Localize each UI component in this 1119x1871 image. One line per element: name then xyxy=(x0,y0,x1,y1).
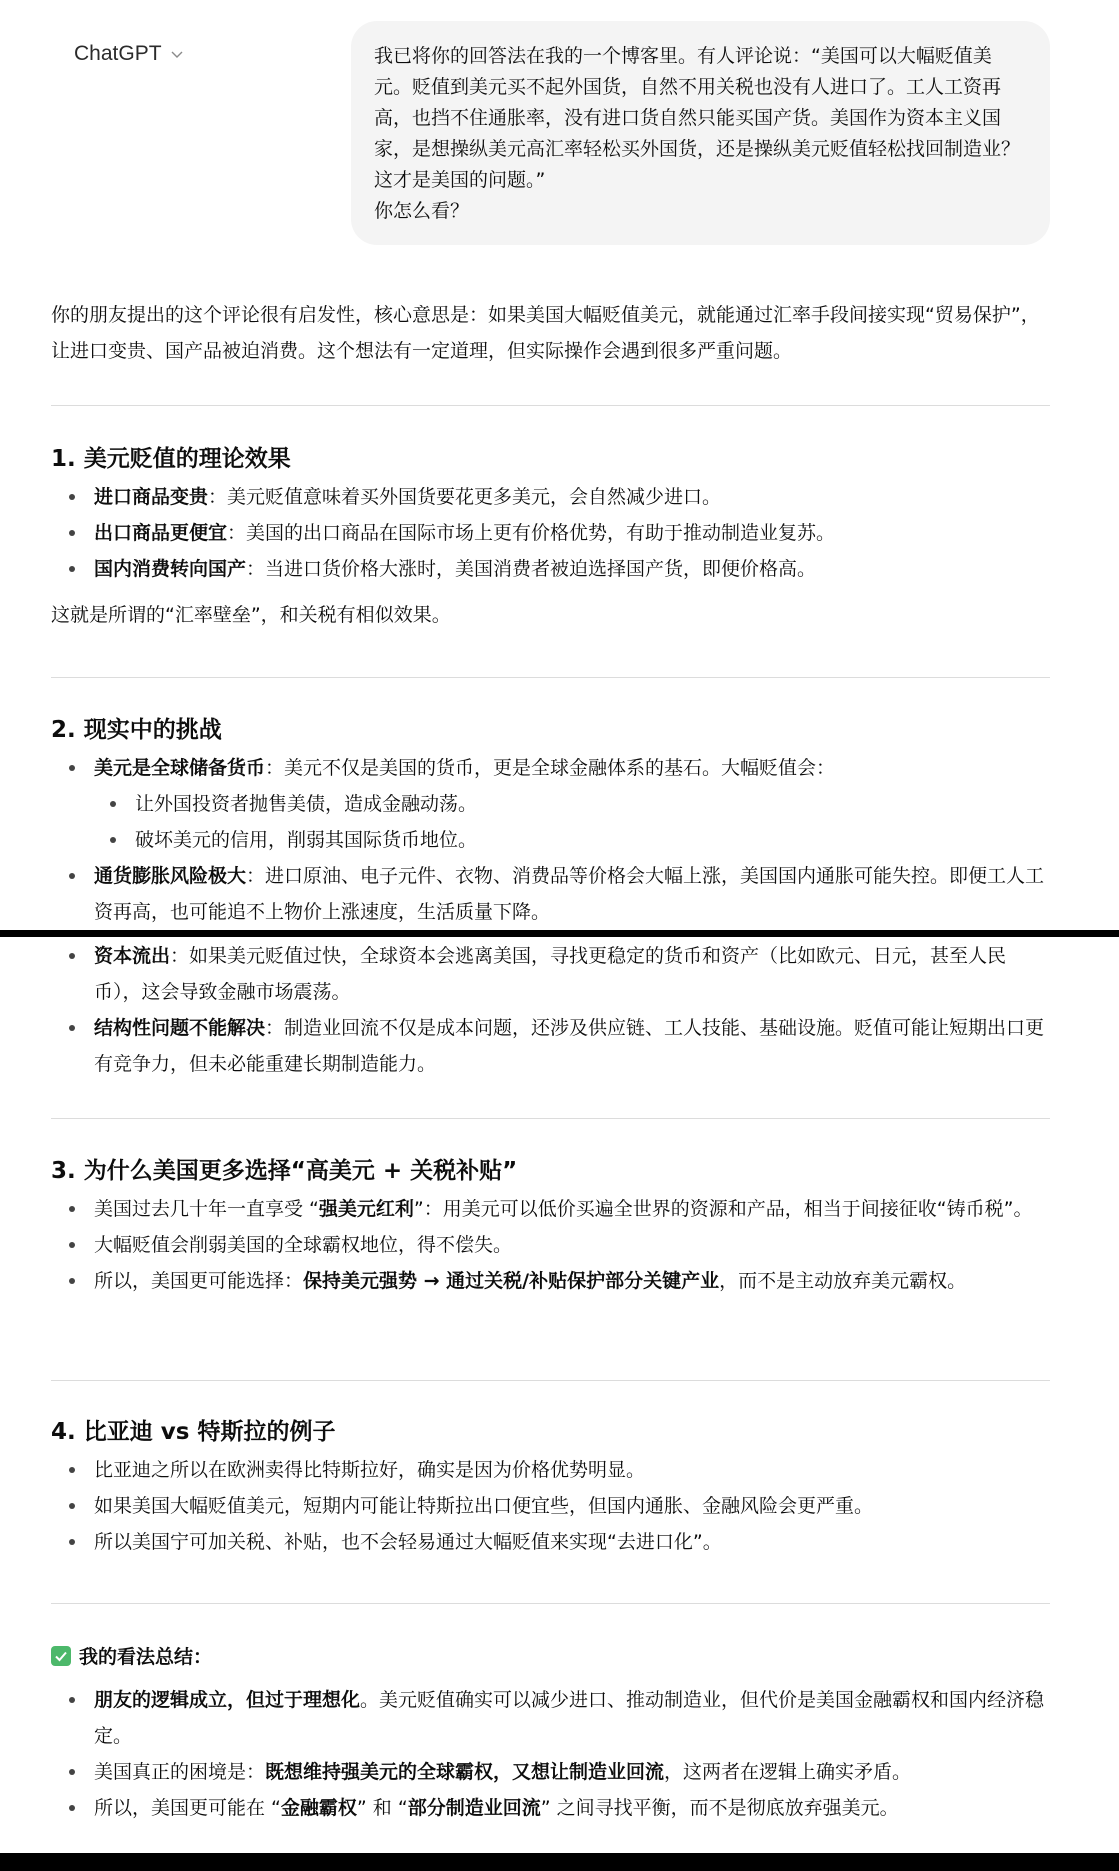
section-note: 这就是所谓的“汇率壁垒”，和关税有相似效果。 xyxy=(51,597,1051,633)
bullet-list: 进口商品变贵：美元贬值意味着买外国货要花更多美元，会自然减少进口。 出口商品更便… xyxy=(51,479,1051,587)
list-item: 美国过去几十年一直享受 “强美元红利”：用美元可以低价买遍全世界的资源和产品，相… xyxy=(51,1191,1051,1227)
item-bold: 保持美元强势 → 通过关税/补贴保护部分关键产业 xyxy=(303,1270,719,1292)
divider xyxy=(51,677,1050,678)
item-text: 大幅贬值会削弱美国的全球霸权地位，得不偿失。 xyxy=(94,1234,512,1256)
item-bold: 结构性问题不能解决 xyxy=(94,1017,265,1039)
user-message-text: 我已将你的回答法在我的一个博客里。有人评论说：“美国可以大幅贬值美元。贬值到美元… xyxy=(374,41,1026,196)
item-text: ” 和 “ xyxy=(357,1797,408,1819)
summary-section: 我的看法总结： 朋友的逻辑成立，但过于理想化。美元贬值确实可以减少进口、推动制造… xyxy=(51,1642,1051,1826)
list-item: 国内消费转向国产：当进口货价格大涨时，美国消费者被迫选择国产货，即便价格高。 xyxy=(51,551,1051,587)
summary-heading: 我的看法总结： xyxy=(51,1642,1051,1672)
item-bold: 强美元红利 xyxy=(319,1198,414,1220)
item-bold: 既想维持强美元的全球霸权，又想让制造业回流 xyxy=(265,1761,664,1783)
item-text: ：当进口货价格大涨时，美国消费者被迫选择国产货，即便价格高。 xyxy=(246,558,816,580)
nested-list: 让外国投资者抛售美债，造成金融动荡。 破坏美元的信用，削弱其国际货币地位。 xyxy=(94,786,1051,858)
list-item: 美国真正的困境是：既想维持强美元的全球霸权，又想让制造业回流，这两者在逻辑上确实… xyxy=(51,1754,1051,1790)
screenshot-seam xyxy=(0,930,1119,937)
item-bold: 金融霸权 xyxy=(281,1797,357,1819)
item-text: ：美元不仅是美国的货币，更是全球金融体系的基石。大幅贬值会： xyxy=(265,757,835,779)
divider xyxy=(51,1118,1050,1119)
list-item: 所以，美国更可能选择：保持美元强势 → 通过关税/补贴保护部分关键产业，而不是主… xyxy=(51,1263,1051,1299)
divider xyxy=(51,1603,1050,1604)
section-heading: 4. 比亚迪 vs 特斯拉的例子 xyxy=(51,1416,1051,1448)
item-bold: 部分制造业回流 xyxy=(408,1797,541,1819)
list-item: 所以，美国更可能在 “金融霸权” 和 “部分制造业回流” 之间寻找平衡，而不是彻… xyxy=(51,1790,1051,1826)
item-text: ：美国的出口商品在国际市场上更有价格优势，有助于推动制造业复苏。 xyxy=(227,522,835,544)
list-item: 朋友的逻辑成立，但过于理想化。美元贬值确实可以减少进口、推动制造业，但代价是美国… xyxy=(51,1682,1051,1754)
item-bold: 国内消费转向国产 xyxy=(94,558,246,580)
bullet-list: 比亚迪之所以在欧洲卖得比特斯拉好，确实是因为价格优势明显。 如果美国大幅贬值美元… xyxy=(51,1452,1051,1560)
list-item: 美元是全球储备货币：美元不仅是美国的货币，更是全球金融体系的基石。大幅贬值会： … xyxy=(51,750,1051,858)
list-item: 进口商品变贵：美元贬值意味着买外国货要花更多美元，会自然减少进口。 xyxy=(51,479,1051,515)
list-item: 结构性问题不能解决：制造业回流不仅是成本问题，还涉及供应链、工人技能、基础设施。… xyxy=(51,1010,1051,1082)
user-message-bubble: 我已将你的回答法在我的一个博客里。有人评论说：“美国可以大幅贬值美元。贬值到美元… xyxy=(351,21,1050,245)
bullet-list: 资本流出：如果美元贬值过快，全球资本会逃离美国，寻找更稳定的货币和资产（比如欧元… xyxy=(51,938,1051,1082)
section-3: 3. 为什么美国更多选择“高美元 + 关税补贴” 美国过去几十年一直享受 “强美… xyxy=(51,1155,1051,1299)
item-text: 所以，美国更可能在 “ xyxy=(94,1797,281,1819)
bullet-list: 朋友的逻辑成立，但过于理想化。美元贬值确实可以减少进口、推动制造业，但代价是美国… xyxy=(51,1682,1051,1826)
item-bold: 资本流出 xyxy=(94,945,170,967)
bullet-list: 美元是全球储备货币：美元不仅是美国的货币，更是全球金融体系的基石。大幅贬值会： … xyxy=(51,750,1051,930)
section-2-continued: 资本流出：如果美元贬值过快，全球资本会逃离美国，寻找更稳定的货币和资产（比如欧元… xyxy=(51,938,1051,1082)
item-text: ，而不是主动放弃美元霸权。 xyxy=(719,1270,966,1292)
assistant-intro: 你的朋友提出的这个评论很有启发性，核心意思是：如果美国大幅贬值美元，就能通过汇率… xyxy=(51,297,1051,369)
list-item: 出口商品更便宜：美国的出口商品在国际市场上更有价格优势，有助于推动制造业复苏。 xyxy=(51,515,1051,551)
section-1: 1. 美元贬值的理论效果 进口商品变贵：美元贬值意味着买外国货要花更多美元，会自… xyxy=(51,443,1051,633)
item-bold: 进口商品变贵 xyxy=(94,486,208,508)
item-bold: 朋友的逻辑成立，但过于理想化 xyxy=(94,1689,360,1711)
section-heading: 1. 美元贬值的理论效果 xyxy=(51,443,1051,475)
section-4: 4. 比亚迪 vs 特斯拉的例子 比亚迪之所以在欧洲卖得比特斯拉好，确实是因为价… xyxy=(51,1416,1051,1560)
model-switcher[interactable]: ChatGPT xyxy=(74,38,184,70)
list-item: 如果美国大幅贬值美元，短期内可能让特斯拉出口便宜些，但国内通胀、金融风险会更严重… xyxy=(51,1488,1051,1524)
user-message-question: 你怎么看？ xyxy=(374,196,1026,227)
item-text: ”：用美元可以低价买遍全世界的资源和产品，相当于间接征收“铸币税”。 xyxy=(414,1198,1033,1220)
check-mark-icon xyxy=(51,1646,71,1666)
divider xyxy=(51,1380,1050,1381)
list-item: 大幅贬值会削弱美国的全球霸权地位，得不偿失。 xyxy=(51,1227,1051,1263)
nested-list-item: 让外国投资者抛售美债，造成金融动荡。 xyxy=(51,786,1051,822)
model-name: ChatGPT xyxy=(74,42,162,66)
item-text: 所以，美国更可能选择： xyxy=(94,1270,303,1292)
section-heading: 2. 现实中的挑战 xyxy=(51,714,1051,746)
item-text: 美国真正的困境是： xyxy=(94,1761,265,1783)
list-item: 资本流出：如果美元贬值过快，全球资本会逃离美国，寻找更稳定的货币和资产（比如欧元… xyxy=(51,938,1051,1010)
item-bold: 出口商品更便宜 xyxy=(94,522,227,544)
bullet-list: 美国过去几十年一直享受 “强美元红利”：用美元可以低价买遍全世界的资源和产品，相… xyxy=(51,1191,1051,1299)
nested-list-item: 破坏美元的信用，削弱其国际货币地位。 xyxy=(51,822,1051,858)
intro-paragraph: 你的朋友提出的这个评论很有启发性，核心意思是：如果美国大幅贬值美元，就能通过汇率… xyxy=(51,297,1051,369)
list-item: 所以美国宁可加关税、补贴，也不会轻易通过大幅贬值来实现“去进口化”。 xyxy=(51,1524,1051,1560)
section-heading: 3. 为什么美国更多选择“高美元 + 关税补贴” xyxy=(51,1155,1051,1187)
list-item: 通货膨胀风险极大：进口原油、电子元件、衣物、消费品等价格会大幅上涨，美国国内通胀… xyxy=(51,858,1051,930)
item-text: ：美元贬值意味着买外国货要花更多美元，会自然减少进口。 xyxy=(208,486,721,508)
item-bold: 通货膨胀风险极大 xyxy=(94,865,246,887)
chevron-down-icon xyxy=(170,47,184,61)
footer-bar xyxy=(0,1853,1119,1871)
item-text: ” 之间寻找平衡，而不是彻底放弃强美元。 xyxy=(541,1797,899,1819)
item-text: ：如果美元贬值过快，全球资本会逃离美国，寻找更稳定的货币和资产（比如欧元、日元，… xyxy=(94,945,1006,1003)
section-2: 2. 现实中的挑战 美元是全球储备货币：美元不仅是美国的货币，更是全球金融体系的… xyxy=(51,714,1051,930)
item-bold: 美元是全球储备货币 xyxy=(94,757,265,779)
item-text: ，这两者在逻辑上确实矛盾。 xyxy=(664,1761,911,1783)
item-text: 美国过去几十年一直享受 “ xyxy=(94,1198,319,1220)
list-item: 比亚迪之所以在欧洲卖得比特斯拉好，确实是因为价格优势明显。 xyxy=(51,1452,1051,1488)
summary-title: 我的看法总结： xyxy=(79,1646,212,1668)
divider xyxy=(51,405,1050,406)
